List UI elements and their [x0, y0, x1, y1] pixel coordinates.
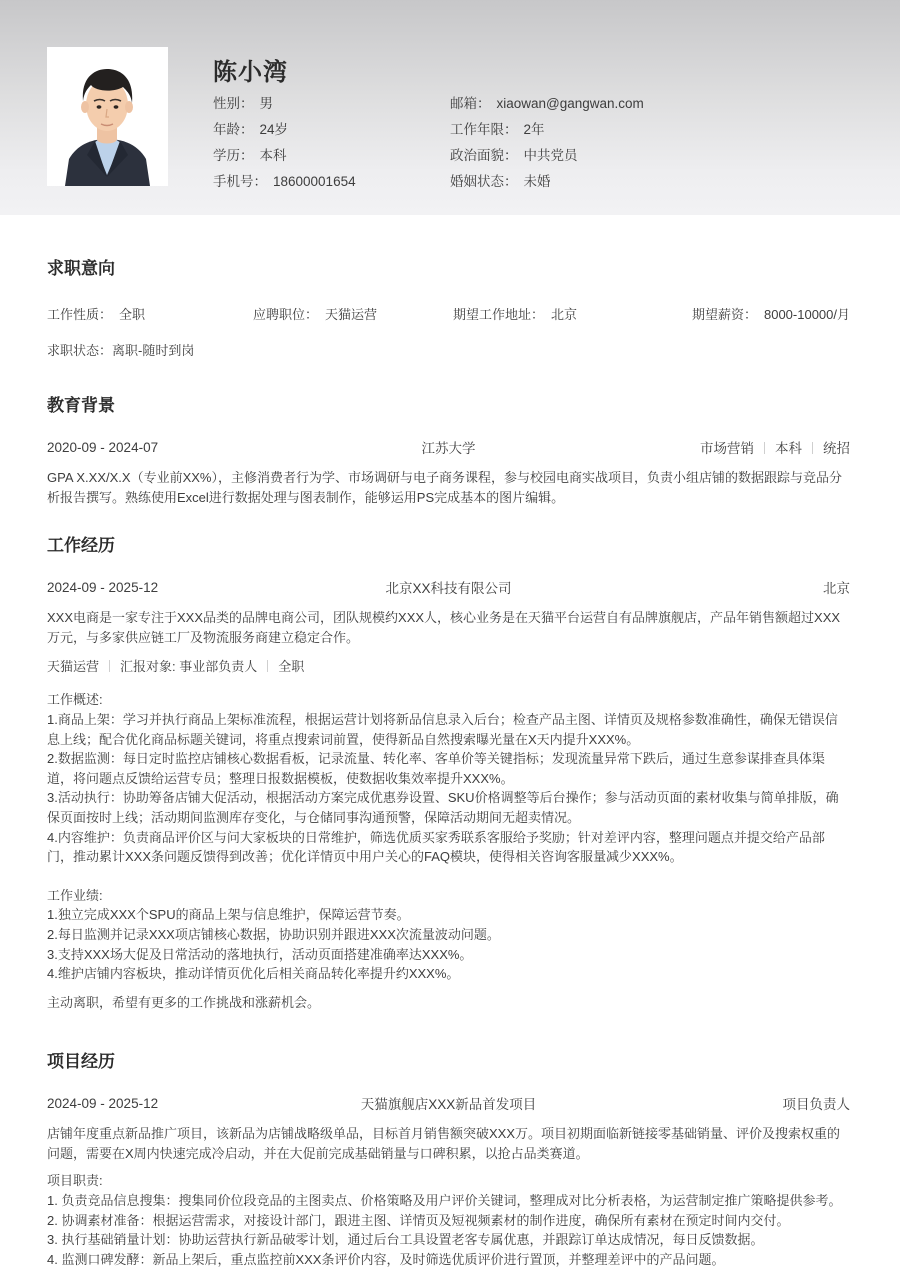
work-result-item: 4.维护店铺内容板块，推动详情页优化后相关商品转化率提升约XXX%。	[47, 964, 850, 984]
work-overview-item: 4.内容维护：负责商品评价区与问大家板块的日常维护，筛选优质买家秀联系客服给予奖…	[47, 828, 850, 867]
field-job-type: 工作性质：全职	[47, 304, 253, 323]
project-name: 天猫旗舰店XXX新品首发项目	[361, 1093, 537, 1113]
section-title-job-intention: 求职意向	[47, 259, 850, 279]
work-meta-row: 天猫运营汇报对象: 事业部负责人全职	[47, 656, 850, 675]
divider	[267, 660, 268, 672]
work-entry-row: 2024-09 - 2025-12 北京XX科技有限公司 北京	[47, 577, 850, 597]
project-duty-item: 3. 执行基础销量计划：协助运营执行新品破零计划，通过后台工具设置老客专属优惠，…	[47, 1230, 850, 1250]
project-duty-item: 2. 协调素材准备：根据运营需求，对接设计部门，跟进主图、详情页及短视频素材的制…	[47, 1211, 850, 1231]
info-experience-years: 工作年限：2年	[450, 121, 644, 138]
education-period: 2020-09 - 2024-07	[47, 440, 422, 455]
project-entry-row: 2024-09 - 2025-12 天猫旗舰店XXX新品首发项目 项目负责人	[47, 1093, 850, 1113]
divider	[812, 442, 813, 454]
field-location: 期望工作地址：北京	[453, 304, 676, 323]
project-duty-item: 1. 负责竞品信息搜集：搜集同价位段竞品的主图卖点、价格策略及用户评价关键词，整…	[47, 1191, 850, 1211]
divider	[764, 442, 765, 454]
profile-photo	[47, 47, 168, 186]
work-result-item: 2.每日监测并记录XXX项店铺核心数据，协助识别并跟进XXX次流量波动问题。	[47, 925, 850, 945]
section-title-project: 项目经历	[47, 1052, 850, 1072]
candidate-name: 陈小湾	[213, 52, 288, 87]
work-company: 北京XX科技有限公司	[385, 577, 511, 597]
section-project-experience: 项目经历 2024-09 - 2025-12 天猫旗舰店XXX新品首发项目 项目…	[47, 1052, 850, 1269]
field-position: 应聘职位：天猫运营	[253, 304, 453, 323]
field-salary: 期望薪资：8000-10000/月	[676, 304, 850, 323]
project-role: 项目负责人	[536, 1093, 850, 1113]
divider	[109, 660, 110, 672]
resume-body: 求职意向 工作性质：全职 应聘职位：天猫运营 期望工作地址：北京 期望薪资：80…	[0, 259, 900, 1269]
resume-header: 陈小湾 性别：男 邮箱：xiaowan@gangwan.com 年龄：24岁 工…	[0, 0, 900, 215]
education-school: 江苏大学	[422, 437, 476, 457]
section-job-intention: 求职意向 工作性质：全职 应聘职位：天猫运营 期望工作地址：北京 期望薪资：80…	[47, 259, 850, 359]
info-phone: 手机号：18600001654	[213, 173, 450, 190]
work-job-type: 全职	[278, 659, 304, 674]
work-location: 北京	[512, 577, 851, 597]
project-period: 2024-09 - 2025-12	[47, 1096, 361, 1111]
info-marital-status: 婚姻状态：未婚	[450, 173, 644, 190]
info-degree: 学历：本科	[213, 147, 450, 164]
info-political-status: 政治面貌：中共党员	[450, 147, 644, 164]
project-duty-item: 4. 监测口碑发酵：新品上架后，重点监控前XXX条评价内容，及时筛选优质评价进行…	[47, 1250, 850, 1270]
education-major: 市场营销	[700, 441, 754, 456]
work-period: 2024-09 - 2025-12	[47, 580, 385, 595]
work-position: 天猫运营	[47, 659, 99, 674]
job-intention-row: 工作性质：全职 应聘职位：天猫运营 期望工作地址：北京 期望薪资：8000-10…	[47, 304, 850, 323]
info-gender: 性别：男	[213, 95, 450, 112]
education-tags: 市场营销本科统招	[476, 437, 851, 457]
work-result-item: 3.支持XXX场大促及日常活动的落地执行，活动页面搭建准确率达XXX%。	[47, 945, 850, 965]
project-description: 店铺年度重点新品推广项目，该新品为店铺战略级单品，目标首月销售额突破XXX万。项…	[47, 1124, 850, 1163]
portrait-illustration	[47, 47, 168, 186]
section-work-experience: 工作经历 2024-09 - 2025-12 北京XX科技有限公司 北京 XXX…	[47, 536, 850, 1012]
education-degree: 本科	[775, 441, 802, 456]
section-education: 教育背景 2020-09 - 2024-07 江苏大学 市场营销本科统招 GPA…	[47, 396, 850, 507]
project-duties-label: 项目职责:	[47, 1171, 850, 1191]
work-overview-label: 工作概述:	[47, 690, 850, 710]
work-overview-item: 2.数据监测：每日定时监控店铺核心数据看板，记录流量、转化率、客单价等关键指标；…	[47, 749, 850, 788]
work-result-item: 1.独立完成XXX个SPU的商品上架与信息维护，保障运营节奏。	[47, 905, 850, 925]
education-enrollment-type: 统招	[823, 441, 850, 456]
job-status-row: 求职状态：离职-随时到岗	[47, 340, 850, 359]
section-title-work: 工作经历	[47, 536, 850, 556]
work-report-to: 汇报对象: 事业部负责人	[120, 659, 257, 674]
company-intro: XXX电商是一家专注于XXX品类的品牌电商公司，团队规模约XXX人，核心业务是在…	[47, 608, 850, 647]
work-overview-item: 3.活动执行：协助筹备店铺大促活动，根据活动方案完成优惠券设置、SKU价格调整等…	[47, 788, 850, 827]
work-results-label: 工作业绩:	[47, 886, 850, 906]
education-entry-row: 2020-09 - 2024-07 江苏大学 市场营销本科统招	[47, 437, 850, 457]
info-email: 邮箱：xiaowan@gangwan.com	[450, 95, 644, 112]
basic-info-grid: 性别：男 邮箱：xiaowan@gangwan.com 年龄：24岁 工作年限：…	[213, 95, 644, 190]
work-overview-item: 1.商品上架：学习并执行商品上架标准流程，根据运营计划将新品信息录入后台；检查产…	[47, 710, 850, 749]
education-description: GPA X.XX/X.X（专业前XX%），主修消费者行为学、市场调研与电子商务课…	[47, 468, 850, 507]
section-title-education: 教育背景	[47, 396, 850, 416]
info-age: 年龄：24岁	[213, 121, 450, 138]
leave-reason: 主动离职，希望有更多的工作挑战和涨薪机会。	[47, 993, 850, 1013]
